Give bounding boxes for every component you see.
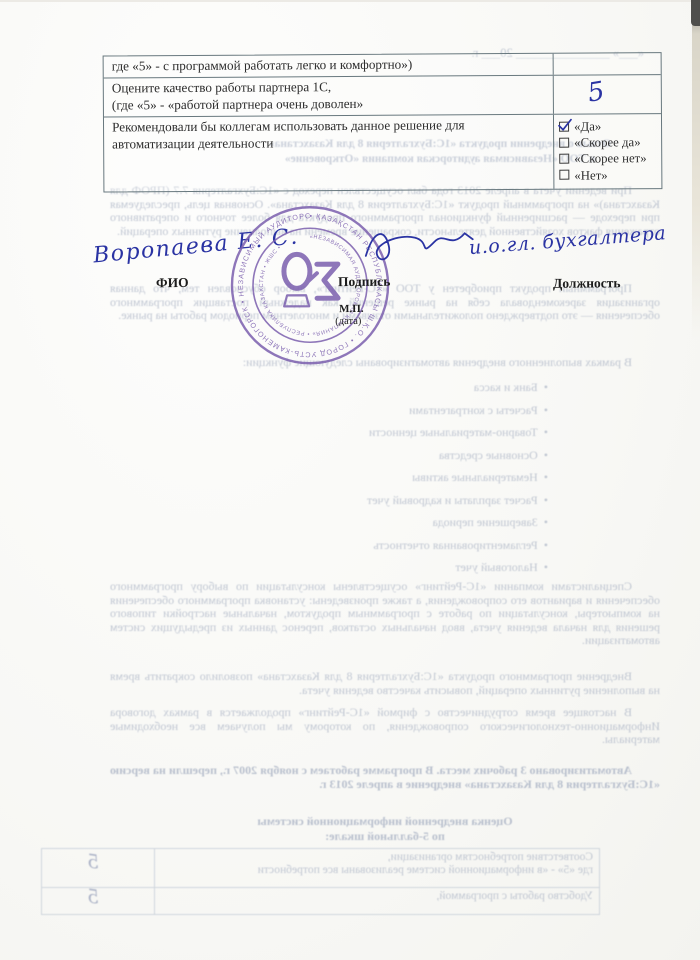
table-row: Рекомендовали бы коллегам использовать д… bbox=[104, 114, 661, 191]
scanned-page: «___» _______________ 20___ г. Отзыв о в… bbox=[0, 0, 700, 960]
checkbox-option-da: «Да» bbox=[559, 118, 661, 135]
answer-cell: «Да» «Скорее да» «Скорее нет» «Нет» bbox=[554, 114, 661, 189]
table-row: Оцените качество работы партнера 1С, (гд… bbox=[104, 75, 661, 117]
survey-table: где «5» - с программой работать легко и … bbox=[103, 52, 663, 192]
checkbox-icon bbox=[559, 121, 569, 131]
handwritten-position: и.о.гл. бухгалтера bbox=[468, 222, 667, 259]
checkbox-group: «Да» «Скорее да» «Скорее нет» «Нет» bbox=[554, 114, 661, 183]
answer-cell bbox=[554, 53, 661, 75]
scan-edge-top bbox=[0, 0, 700, 2]
signature-scribble bbox=[361, 221, 476, 270]
question-text: Рекомендовали бы коллегам использовать д… bbox=[104, 115, 554, 192]
mp-label: М.П. bbox=[339, 303, 364, 315]
checkbox-icon bbox=[559, 170, 569, 180]
answer-cell: 5 bbox=[554, 75, 661, 114]
scan-corner-dark bbox=[691, 0, 700, 26]
date-label: (дата) bbox=[335, 316, 361, 327]
question-text: где «5» - с программой работать легко и … bbox=[104, 54, 554, 78]
checkbox-label: «Нет» bbox=[574, 168, 607, 182]
checkbox-label: «Скорее нет» bbox=[574, 152, 646, 166]
position-label: Должность bbox=[553, 275, 621, 291]
checkbox-option-skoree-net: «Скорее нет» bbox=[559, 151, 661, 168]
scan-edge-right bbox=[692, 0, 700, 340]
signature-label: Подпись bbox=[338, 274, 390, 290]
front-layer: где «5» - с программой работать легко и … bbox=[0, 0, 700, 960]
checkbox-option-net: «Нет» bbox=[559, 167, 661, 184]
question-text: Оцените качество работы партнера 1С, (гд… bbox=[104, 76, 554, 117]
checkbox-icon bbox=[559, 154, 569, 164]
checkbox-option-skoree-da: «Скорее да» bbox=[559, 134, 661, 151]
checkbox-label: «Да» bbox=[574, 119, 601, 133]
handwritten-score: 5 bbox=[586, 76, 607, 108]
stamp-emblem-icon bbox=[284, 254, 338, 306]
fio-label: ФИО bbox=[156, 275, 189, 291]
checkbox-icon bbox=[559, 137, 569, 147]
check-mark-icon bbox=[556, 117, 573, 132]
checkbox-label: «Скорее да» bbox=[574, 135, 641, 149]
